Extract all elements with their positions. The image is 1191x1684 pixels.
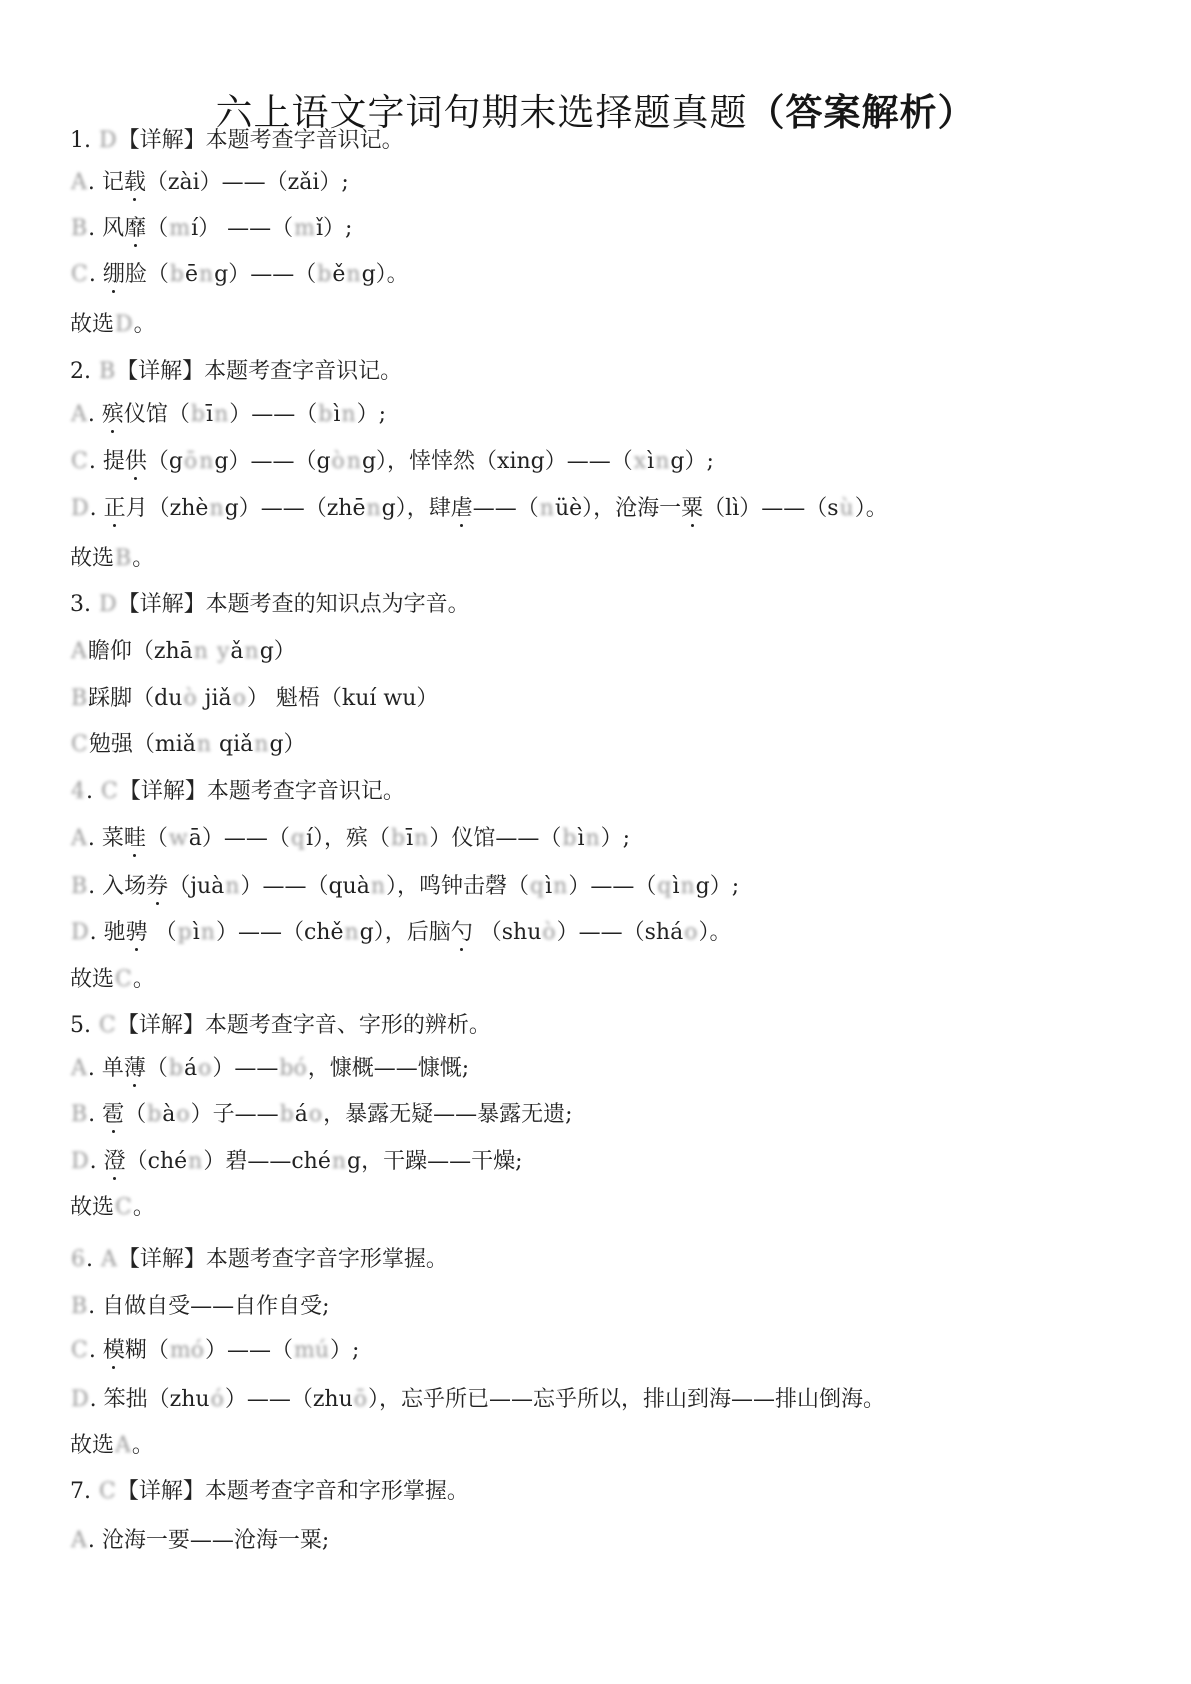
text-segment: ）—— — [212, 1056, 278, 1081]
text-segment: g）——（g — [214, 449, 330, 474]
text-segment: 故选 — [70, 546, 114, 571]
redacted-text: C — [71, 260, 88, 290]
redacted-text: A — [71, 1054, 87, 1084]
text-line: 6. A【详解】本题考查字音字形掌握。 — [70, 1245, 448, 1275]
redacted-text: n — [197, 730, 211, 760]
text-segment: g）——（zhē — [225, 496, 366, 521]
text-segment: . — [90, 1149, 104, 1174]
text-line: A. 单薄（báo）——bó，慷概——慷慨; — [70, 1054, 469, 1084]
emphasis-dot-char: 粟 — [681, 496, 703, 521]
text-segment: ì — [672, 874, 679, 899]
text-line: B踩脚（duò jiǎo） 魁梧（kuí wu） — [70, 684, 438, 714]
redacted-text: C — [71, 730, 88, 760]
text-segment: （juà — [168, 874, 224, 899]
redacted-text: ò — [183, 684, 196, 714]
text-segment: ）——（chě — [216, 920, 344, 945]
text-segment: （lì）——（s — [703, 496, 838, 521]
redacted-text: o — [684, 918, 697, 948]
redacted-text: o — [198, 1054, 211, 1084]
text-segment: 。 — [132, 1433, 154, 1458]
text-line: C勉强（miǎn qiǎng） — [70, 730, 306, 760]
text-segment: （shu — [473, 920, 542, 945]
text-segment: ī — [206, 402, 213, 427]
redacted-text: mó — [170, 1336, 204, 1366]
redacted-text: b — [562, 824, 576, 854]
text-segment: üè），沧海一 — [555, 496, 681, 521]
text-segment: （g — [147, 449, 183, 474]
text-segment: ì — [577, 826, 584, 851]
text-segment: ，慷概——慷慨; — [308, 1056, 469, 1081]
text-line: B. 雹（bào）子——báo，暴露无疑——暴露无遗; — [70, 1100, 573, 1130]
redacted-text: C — [101, 777, 118, 807]
text-line: C. 绷脸（bēng）——（běng）。 — [70, 260, 409, 290]
emphasis-dot-char: 虐 — [451, 496, 473, 521]
redacted-text: b — [317, 260, 331, 290]
text-segment: ）; — [601, 826, 630, 851]
redacted-text: n — [346, 260, 360, 290]
text-line: 故选C。 — [70, 965, 155, 995]
redacted-text: b — [169, 1054, 183, 1084]
redacted-text: A — [71, 1526, 87, 1556]
redacted-text: m — [169, 214, 190, 244]
text-line: B. 自做自受——自作自受; — [70, 1292, 330, 1322]
redacted-text: B — [115, 544, 131, 574]
text-segment: á — [670, 920, 683, 945]
text-segment: ）——（quà — [240, 874, 369, 899]
redacted-text: n — [225, 872, 239, 902]
redacted-text: q — [530, 872, 544, 902]
text-segment: . — [88, 1102, 102, 1127]
text-segment: g），后脑 — [360, 920, 451, 945]
text-line: 4. C【详解】本题考查字音识记。 — [70, 777, 405, 807]
text-line: 1. D【详解】本题考查字音识记。 — [70, 126, 404, 156]
redacted-text: bó — [279, 1054, 306, 1084]
redacted-text: n — [214, 400, 228, 430]
redacted-text: A — [71, 637, 87, 667]
redacted-text: B — [71, 1292, 87, 1322]
text-segment: á — [295, 1102, 308, 1127]
text-segment: g），肆 — [382, 496, 451, 521]
emphasis-dot-char: 殡 — [102, 402, 124, 427]
text-segment: （ — [124, 1102, 146, 1127]
text-segment: g）——（ — [214, 262, 316, 287]
text-segment: . 驰 — [90, 920, 126, 945]
redacted-text: mú — [294, 1336, 329, 1366]
text-segment: ）子—— — [191, 1102, 279, 1127]
emphasis-dot-char: 骋 — [126, 920, 148, 945]
text-segment: g） — [269, 732, 305, 757]
redacted-text: C — [71, 447, 88, 477]
text-segment: ）——（sh — [557, 920, 670, 945]
text-segment: . — [89, 262, 103, 287]
text-segment: （ché — [126, 1149, 188, 1174]
emphasis-dot-char: 供 — [125, 449, 147, 474]
redacted-text: b — [280, 1100, 294, 1130]
text-segment: ǐ）; — [316, 216, 352, 241]
text-line: 5. C【详解】本题考查字音、字形的辨析。 — [70, 1011, 491, 1041]
redacted-text: A — [115, 1431, 131, 1461]
redacted-text: n — [414, 824, 428, 854]
text-line: 7. C【详解】本题考查字音和字形掌握。 — [70, 1477, 469, 1507]
text-segment: g，干躁——干燥; — [347, 1149, 523, 1174]
text-line: 故选D。 — [70, 310, 156, 340]
redacted-text: ò — [542, 918, 555, 948]
text-segment: á — [184, 1056, 197, 1081]
text-segment: 故选 — [70, 312, 114, 337]
redacted-text: A — [101, 1245, 117, 1275]
text-segment: 瞻仰（zhā — [88, 639, 193, 664]
emphasis-dot-char: 勺 — [451, 920, 473, 945]
redacted-text: ù — [840, 494, 854, 524]
text-segment: ě — [332, 262, 345, 287]
redacted-text: 6 — [71, 1245, 85, 1275]
redacted-text: D — [71, 1147, 89, 1177]
redacted-text: B — [99, 357, 115, 387]
redacted-text: C — [115, 965, 132, 995]
text-segment: . 笨拙（zhu — [90, 1387, 210, 1412]
text-segment: ē — [185, 262, 198, 287]
redacted-text: n — [201, 918, 215, 948]
redacted-text: b — [318, 400, 332, 430]
text-segment: . 沧海一要——沧海一粟; — [88, 1528, 329, 1553]
text-segment: 故选 — [70, 967, 114, 992]
redacted-text: D — [71, 1385, 89, 1415]
text-segment: ） 魁梧（kuí wu） — [247, 686, 439, 711]
text-segment: . — [86, 1247, 100, 1272]
text-segment: g）; — [670, 449, 714, 474]
redacted-text: A — [71, 824, 87, 854]
redacted-text: C — [71, 1336, 88, 1366]
redacted-text: n — [188, 1147, 202, 1177]
redacted-text: C — [99, 1011, 116, 1041]
text-line: D. 澄（chén）碧——chéng，干躁——干燥; — [70, 1147, 523, 1177]
redacted-text: m — [294, 214, 315, 244]
text-line: 3. D【详解】本题考查的知识点为字音。 — [70, 590, 470, 620]
text-segment: 踩脚（du — [88, 686, 182, 711]
text-segment: ǎ — [230, 639, 243, 664]
text-segment: í），殡（ — [306, 826, 390, 851]
redacted-text: n — [199, 260, 213, 290]
text-line: B. 风靡（mí） ——（mǐ）; — [70, 214, 352, 244]
text-segment: 1. — [70, 128, 98, 153]
redacted-text: x — [634, 447, 646, 477]
text-segment: . 记 — [88, 170, 124, 195]
redacted-text: D — [71, 494, 89, 524]
text-segment: qiǎ — [212, 732, 253, 757]
redacted-text: n — [209, 494, 223, 524]
text-segment: 【详解】本题考查的知识点为字音。 — [118, 592, 470, 617]
redacted-text: o — [176, 1100, 189, 1130]
redacted-text: n — [254, 730, 268, 760]
text-segment: 故选 — [70, 1433, 114, 1458]
text-line: C. 模糊（mó）——（mú）; — [70, 1336, 359, 1366]
text-segment: . 提 — [89, 449, 125, 474]
redacted-text: n — [347, 447, 361, 477]
text-segment: . — [89, 1338, 103, 1363]
text-line: A瞻仰（zhān yǎng） — [70, 637, 296, 667]
text-segment: 月（zhè — [126, 496, 209, 521]
redacted-text: n — [199, 447, 213, 477]
emphasis-dot-char: 澄 — [104, 1149, 126, 1174]
emphasis-dot-char: 正 — [104, 496, 126, 521]
text-segment: （ — [146, 1056, 168, 1081]
emphasis-dot-char: 模 — [103, 1338, 125, 1363]
text-segment: . 单 — [88, 1056, 124, 1081]
text-segment: ，暴露无疑——暴露无遗; — [323, 1102, 572, 1127]
redacted-text: ō — [354, 1385, 367, 1415]
redacted-text: n — [344, 918, 358, 948]
redacted-text: o — [233, 684, 246, 714]
text-segment: . — [90, 496, 104, 521]
text-segment: 。 — [133, 1195, 155, 1220]
emphasis-dot-char: 券 — [146, 874, 168, 899]
redacted-text: B — [71, 214, 87, 244]
text-segment: ì — [333, 402, 340, 427]
text-segment: . 入场 — [88, 874, 146, 899]
emphasis-dot-char: 畦 — [124, 826, 146, 851]
redacted-text: ò — [332, 447, 345, 477]
text-segment: ）——（zhu — [225, 1387, 353, 1412]
redacted-text: n — [341, 400, 355, 430]
text-segment: （ — [146, 216, 168, 241]
title-suffix: （答案解析） — [748, 91, 976, 134]
text-segment: 3. — [70, 592, 98, 617]
emphasis-dot-char: 绷 — [103, 262, 125, 287]
redacted-text: b — [391, 824, 405, 854]
redacted-text: b — [191, 400, 205, 430]
text-segment: ）——（ — [205, 1338, 293, 1363]
text-segment: . 菜 — [88, 826, 124, 851]
redacted-text: n — [655, 447, 669, 477]
text-segment: . 自做自受——自作自受; — [88, 1294, 329, 1319]
redacted-text: q — [291, 824, 305, 854]
redacted-text: n — [681, 872, 695, 902]
redacted-text: ó — [211, 1385, 224, 1415]
redacted-text: A — [71, 400, 87, 430]
text-segment: 。 — [133, 967, 155, 992]
redacted-text: B — [71, 872, 87, 902]
text-segment: ì — [193, 920, 200, 945]
text-segment: à — [162, 1102, 175, 1127]
text-segment: 。 — [132, 546, 154, 571]
redacted-text: w — [169, 824, 188, 854]
text-line: 故选A。 — [70, 1431, 154, 1461]
redacted-text: C — [99, 1477, 116, 1507]
text-line: 故选B。 — [70, 544, 154, 574]
redacted-text: n — [194, 637, 208, 667]
redacted-text: n — [586, 824, 600, 854]
text-segment: ）——（ — [229, 402, 317, 427]
text-segment: 【详解】本题考查字音识记。 — [118, 128, 404, 153]
text-line: A. 菜畦（wā）——（qí），殡（bīn）仪馆——（bìn）; — [70, 824, 630, 854]
text-line: A. 记载（zài）——（zǎi）; — [70, 168, 349, 198]
text-segment: ā）——（ — [189, 826, 290, 851]
text-segment: 【详解】本题考查字音识记。 — [116, 359, 402, 384]
redacted-text: C — [115, 1193, 132, 1223]
text-line: 2. B【详解】本题考查字音识记。 — [70, 357, 402, 387]
redacted-text: o — [309, 1100, 322, 1130]
text-segment: ī — [406, 826, 413, 851]
redacted-text: b — [170, 260, 184, 290]
text-segment: 【详解】本题考查字音字形掌握。 — [118, 1247, 448, 1272]
text-segment: 2. — [70, 359, 98, 384]
text-segment: í） ——（ — [191, 216, 293, 241]
redacted-text: 4 — [71, 777, 85, 807]
text-segment: 7. — [70, 1479, 98, 1504]
redacted-text: ō — [184, 447, 197, 477]
text-line: D. 正月（zhèng）——（zhēng），肆虐——（nüè），沧海一粟（lì）… — [70, 494, 888, 524]
text-line: A. 沧海一要——沧海一粟; — [70, 1526, 329, 1556]
redacted-text: B — [71, 1100, 87, 1130]
text-segment: ）——（ — [568, 874, 656, 899]
text-segment: ）; — [357, 402, 386, 427]
emphasis-dot-char: 薄 — [124, 1056, 146, 1081]
redacted-text: y — [217, 637, 229, 667]
text-segment: 勉强（miǎ — [89, 732, 196, 757]
redacted-text: A — [71, 168, 87, 198]
text-line: D. 笨拙（zhuó）——（zhuō），忘乎所已——忘乎所以，排山到海——排山倒… — [70, 1385, 885, 1415]
text-segment: （ — [148, 920, 177, 945]
text-segment: 仪馆（ — [124, 402, 190, 427]
text-line: 故选C。 — [70, 1193, 155, 1223]
text-segment: g），悻悻然（xing）——（ — [362, 449, 633, 474]
text-segment: 【详解】本题考查字音、字形的辨析。 — [117, 1013, 491, 1038]
text-segment: ）。 — [855, 496, 888, 521]
text-line: A. 殡仪馆（bīn）——（bìn）; — [70, 400, 386, 430]
redacted-text: n — [366, 494, 380, 524]
text-segment: ì — [545, 874, 552, 899]
text-segment: （ — [146, 826, 168, 851]
redacted-text: n — [245, 637, 259, 667]
redacted-text: n — [332, 1147, 346, 1177]
text-segment: ），忘乎所已——忘乎所以，排山到海——排山倒海。 — [368, 1387, 885, 1412]
text-segment: （zài）——（zǎi）; — [146, 170, 349, 195]
redacted-text: n — [540, 494, 554, 524]
text-line: B. 入场券（juàn）——（quàn），鸣钟击磬（qìn）——（qìng）; — [70, 872, 739, 902]
redacted-text: q — [657, 872, 671, 902]
text-segment: ）; — [330, 1338, 359, 1363]
text-segment: 。 — [134, 312, 156, 337]
redacted-text: n — [553, 872, 567, 902]
redacted-text: D — [99, 126, 117, 156]
text-segment: 【详解】本题考查字音和字形掌握。 — [117, 1479, 469, 1504]
text-segment — [209, 639, 216, 664]
text-segment: g）。 — [362, 262, 409, 287]
text-segment: . — [88, 402, 102, 427]
text-segment: . — [86, 779, 100, 804]
text-segment: ——（ — [473, 496, 539, 521]
text-segment: . 风 — [88, 216, 124, 241]
text-segment: g） — [260, 639, 296, 664]
text-line: D. 驰骋 （pìn）——（chěng），后脑勺 （shuò）——（sháo）。 — [70, 918, 732, 948]
emphasis-dot-char: 靡 — [124, 216, 146, 241]
text-segment: jiǎ — [198, 686, 232, 711]
emphasis-dot-char: 载 — [124, 170, 146, 195]
redacted-text: p — [178, 918, 192, 948]
redacted-text: D — [71, 918, 89, 948]
text-segment: 【详解】本题考查字音识记。 — [119, 779, 405, 804]
text-segment: ）仪馆——（ — [429, 826, 561, 851]
emphasis-dot-char: 雹 — [102, 1102, 124, 1127]
text-segment: ）碧——ché — [203, 1149, 331, 1174]
text-segment: ），鸣钟击磬（ — [386, 874, 529, 899]
redacted-text: D — [99, 590, 117, 620]
redacted-text: D — [115, 310, 133, 340]
text-segment: g）; — [696, 874, 740, 899]
text-segment: 糊（ — [125, 1338, 169, 1363]
redacted-text: B — [71, 684, 87, 714]
text-segment: 5. — [70, 1013, 98, 1038]
text-segment: ì — [647, 449, 654, 474]
text-segment: 脸（ — [125, 262, 169, 287]
text-segment: 故选 — [70, 1195, 114, 1220]
text-line: C. 提供（gōng）——（gòng），悻悻然（xing）——（xìng）; — [70, 447, 714, 477]
redacted-text: n — [371, 872, 385, 902]
text-segment: ）。 — [698, 920, 731, 945]
redacted-text: b — [147, 1100, 161, 1130]
